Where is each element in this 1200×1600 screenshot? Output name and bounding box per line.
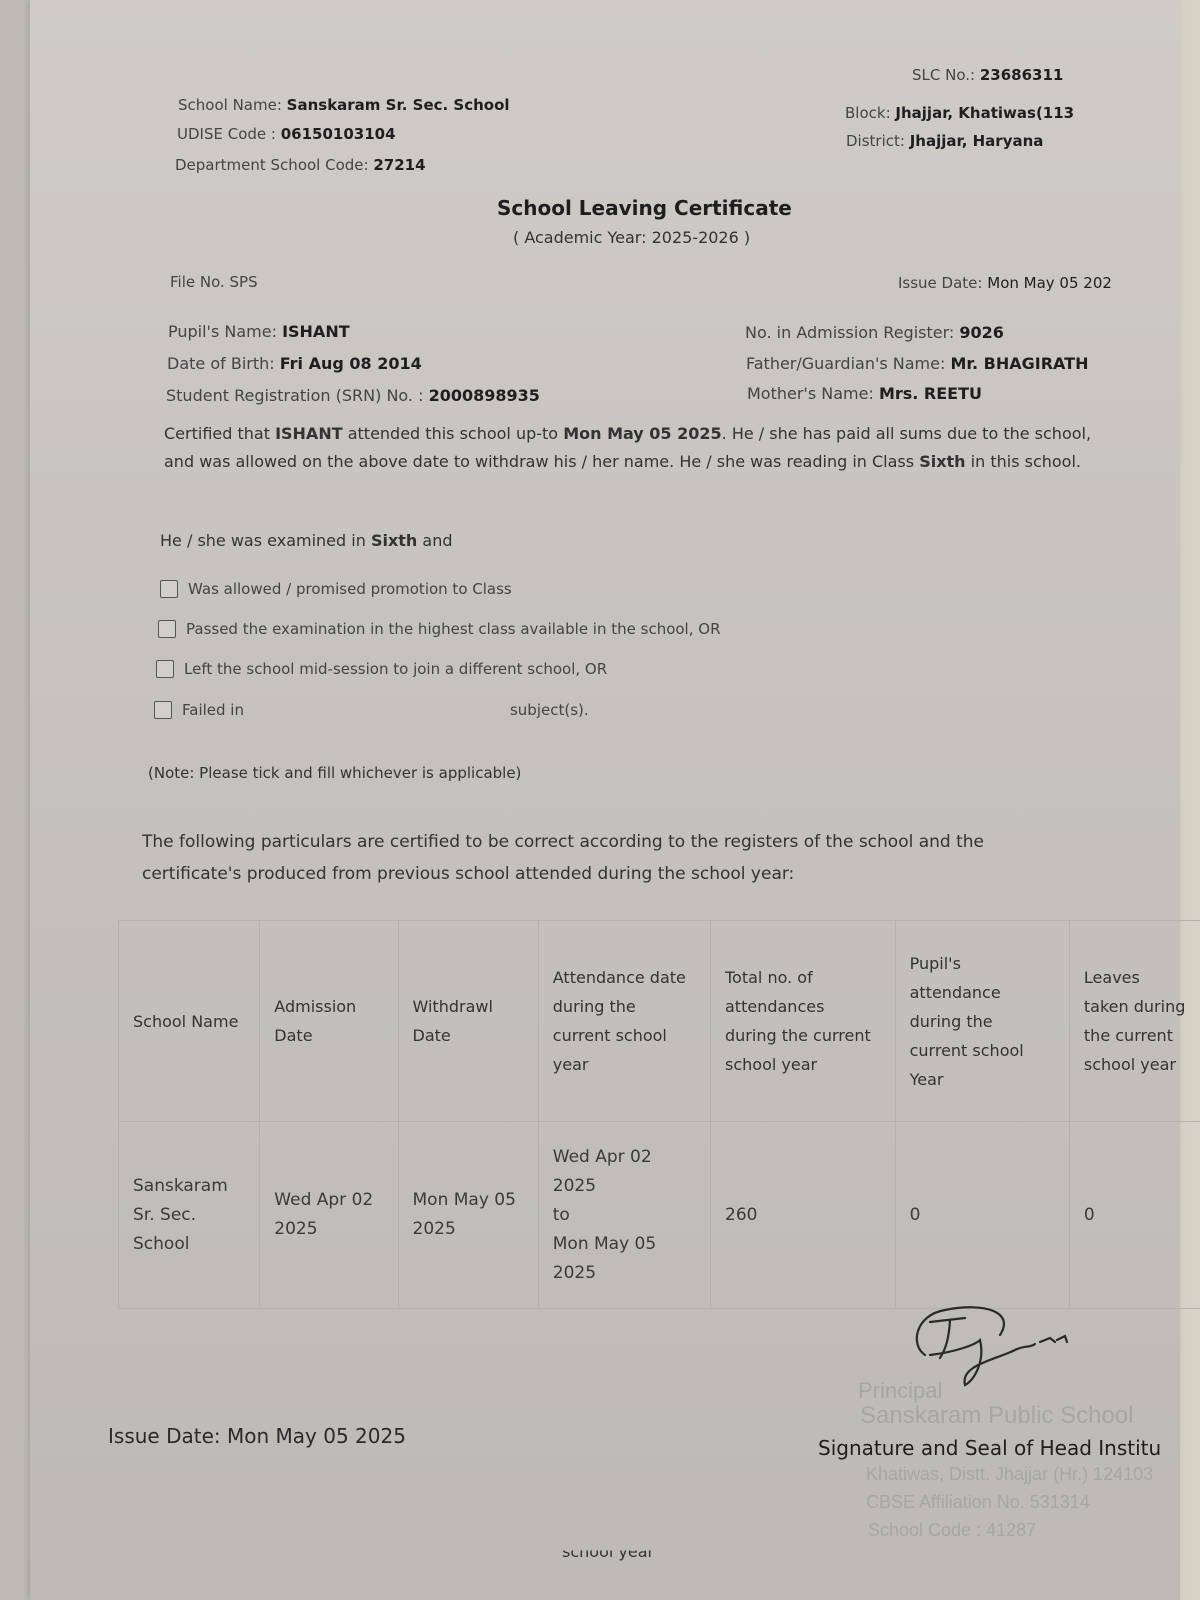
certificate-title: School Leaving Certificate bbox=[497, 196, 792, 220]
slc-label: SLC No.: bbox=[912, 66, 975, 84]
dept-code-value: 27214 bbox=[373, 156, 425, 174]
issue-date-bottom-value: Mon May 05 2025 bbox=[227, 1424, 406, 1448]
pupil-name-value: ISHANT bbox=[282, 322, 350, 341]
department-code: Department School Code: 27214 bbox=[175, 156, 426, 174]
school-name: School Name: Sanskaram Sr. Sec. School bbox=[178, 96, 510, 114]
udise-label: UDISE Code : bbox=[177, 125, 276, 143]
slc-value: 23686311 bbox=[980, 66, 1064, 84]
file-number: File No. SPS bbox=[170, 273, 258, 291]
mother-label: Mother's Name: bbox=[747, 384, 874, 403]
dept-code-label: Department School Code: bbox=[175, 156, 369, 174]
option-failed[interactable]: Failed in subject(s). bbox=[154, 701, 589, 719]
certificate-page: SLC No.: 23686311 Block: Jhajjar, Khatiw… bbox=[30, 0, 1180, 1600]
district: District: Jhajjar, Haryana bbox=[846, 132, 1043, 150]
date-of-birth: Date of Birth: Fri Aug 08 2014 bbox=[167, 354, 422, 373]
header-school-name: School Name bbox=[119, 921, 260, 1122]
exam-suffix: and bbox=[422, 531, 452, 550]
slc-number: SLC No.: 23686311 bbox=[912, 66, 1063, 84]
cert-class: Sixth bbox=[919, 452, 965, 471]
cert-date: Mon May 05 2025 bbox=[563, 424, 721, 443]
block: Block: Jhajjar, Khatiwas(113 bbox=[845, 104, 1074, 122]
checkbox-icon[interactable] bbox=[160, 580, 178, 598]
note: (Note: Please tick and fill whichever is… bbox=[148, 764, 521, 782]
admission-no-value: 9026 bbox=[959, 323, 1004, 342]
srn-value: 2000898935 bbox=[429, 386, 540, 405]
option-suffix: subject(s). bbox=[510, 701, 589, 719]
mother-value: Mrs. REETU bbox=[879, 384, 982, 403]
signature-icon bbox=[905, 1300, 1105, 1410]
checkbox-icon[interactable] bbox=[154, 701, 172, 719]
certification-paragraph: Certified that ISHANT attended this scho… bbox=[164, 420, 1114, 476]
signature-label: Signature and Seal of Head Institu bbox=[818, 1436, 1161, 1460]
table-header-row: School Name Admission Date Withdrawl Dat… bbox=[119, 921, 1200, 1122]
attendance-to-word: to bbox=[553, 1201, 696, 1230]
cell-attendance-period: Wed Apr 02 2025 to Mon May 05 2025 bbox=[538, 1122, 710, 1309]
issue-date-top: Issue Date: Mon May 05 202 bbox=[898, 274, 1112, 292]
header-total-attendances: Total no. of attendances during the curr… bbox=[711, 921, 896, 1122]
examined-line: He / she was examined in Sixth and bbox=[160, 531, 453, 550]
seal-affiliation: CBSE Affiliation No. 531314 bbox=[866, 1492, 1090, 1513]
option-passed-highest[interactable]: Passed the examination in the highest cl… bbox=[158, 620, 721, 638]
cert-text-2: attended this school up-to bbox=[348, 424, 558, 443]
dob-value: Fri Aug 08 2014 bbox=[280, 354, 422, 373]
father-value: Mr. BHAGIRATH bbox=[950, 354, 1088, 373]
option-promotion[interactable]: Was allowed / promised promotion to Clas… bbox=[160, 580, 512, 598]
dob-label: Date of Birth: bbox=[167, 354, 275, 373]
pupil-name-label: Pupil's Name: bbox=[168, 322, 277, 341]
option-label: Was allowed / promised promotion to Clas… bbox=[188, 580, 512, 598]
header-withdrawl-date: Withdrawl Date bbox=[398, 921, 538, 1122]
school-name-label: School Name: bbox=[178, 96, 282, 114]
exam-class: Sixth bbox=[371, 531, 417, 550]
cell-leaves: 0 bbox=[1069, 1122, 1200, 1309]
srn-label: Student Registration (SRN) No. : bbox=[166, 386, 424, 405]
bottom-fragment: school year bbox=[562, 1542, 654, 1561]
cert-text-1: Certified that bbox=[164, 424, 270, 443]
attendance-to: Mon May 05 2025 bbox=[553, 1230, 696, 1288]
table-row: Sanskaram Sr. Sec. School Wed Apr 02 202… bbox=[119, 1122, 1200, 1309]
exam-prefix: He / she was examined in bbox=[160, 531, 366, 550]
cell-admission: Wed Apr 02 2025 bbox=[260, 1122, 398, 1309]
school-name-value: Sanskaram Sr. Sec. School bbox=[287, 96, 510, 114]
cert-text-4: in this school. bbox=[971, 452, 1081, 471]
block-value: Jhajjar, Khatiwas(113 bbox=[895, 104, 1074, 122]
particulars-table: School Name Admission Date Withdrawl Dat… bbox=[118, 920, 1200, 1309]
option-label: Passed the examination in the highest cl… bbox=[186, 620, 721, 638]
issue-date-value: Mon May 05 202 bbox=[987, 274, 1112, 292]
father-name: Father/Guardian's Name: Mr. BHAGIRATH bbox=[746, 354, 1088, 373]
issue-date-label: Issue Date: bbox=[898, 274, 982, 292]
pupil-name: Pupil's Name: ISHANT bbox=[168, 322, 350, 341]
udise-code: UDISE Code : 06150103104 bbox=[177, 125, 396, 143]
particulars-intro: The following particulars are certified … bbox=[142, 826, 1082, 890]
academic-year: ( Academic Year: 2025-2026 ) bbox=[513, 228, 750, 247]
district-value: Jhajjar, Haryana bbox=[910, 132, 1044, 150]
seal-school-code: School Code : 41287 bbox=[868, 1520, 1036, 1541]
udise-value: 06150103104 bbox=[281, 125, 396, 143]
header-pupil-attendance: Pupil's attendance during the current sc… bbox=[895, 921, 1069, 1122]
cell-total-attendances: 260 bbox=[711, 1122, 896, 1309]
cell-school: Sanskaram Sr. Sec. School bbox=[119, 1122, 260, 1309]
header-admission-date: Admission Date bbox=[260, 921, 398, 1122]
district-label: District: bbox=[846, 132, 905, 150]
admission-register-number: No. in Admission Register: 9026 bbox=[745, 323, 1004, 342]
header-leaves-taken: Leaves taken during the current school y… bbox=[1069, 921, 1200, 1122]
checkbox-icon[interactable] bbox=[158, 620, 176, 638]
cell-withdrawl: Mon May 05 2025 bbox=[398, 1122, 538, 1309]
father-label: Father/Guardian's Name: bbox=[746, 354, 945, 373]
header-attendance-date: Attendance date during the current schoo… bbox=[538, 921, 710, 1122]
option-label: Failed in bbox=[182, 701, 244, 719]
cell-pupil-attendance: 0 bbox=[895, 1122, 1069, 1309]
mother-name: Mother's Name: Mrs. REETU bbox=[747, 384, 982, 403]
cert-pupil-name: ISHANT bbox=[275, 424, 343, 443]
admission-no-label: No. in Admission Register: bbox=[745, 323, 954, 342]
seal-address: Khatiwas, Distt. Jhajjar (Hr.) 124103 bbox=[866, 1464, 1153, 1485]
srn-number: Student Registration (SRN) No. : 2000898… bbox=[166, 386, 540, 405]
attendance-from: Wed Apr 02 2025 bbox=[553, 1143, 696, 1201]
issue-date-bottom: Issue Date: Mon May 05 2025 bbox=[108, 1424, 406, 1448]
issue-date-bottom-label: Issue Date: bbox=[108, 1424, 221, 1448]
option-left-mid-session[interactable]: Left the school mid-session to join a di… bbox=[156, 660, 607, 678]
checkbox-icon[interactable] bbox=[156, 660, 174, 678]
block-label: Block: bbox=[845, 104, 891, 122]
option-label: Left the school mid-session to join a di… bbox=[184, 660, 607, 678]
